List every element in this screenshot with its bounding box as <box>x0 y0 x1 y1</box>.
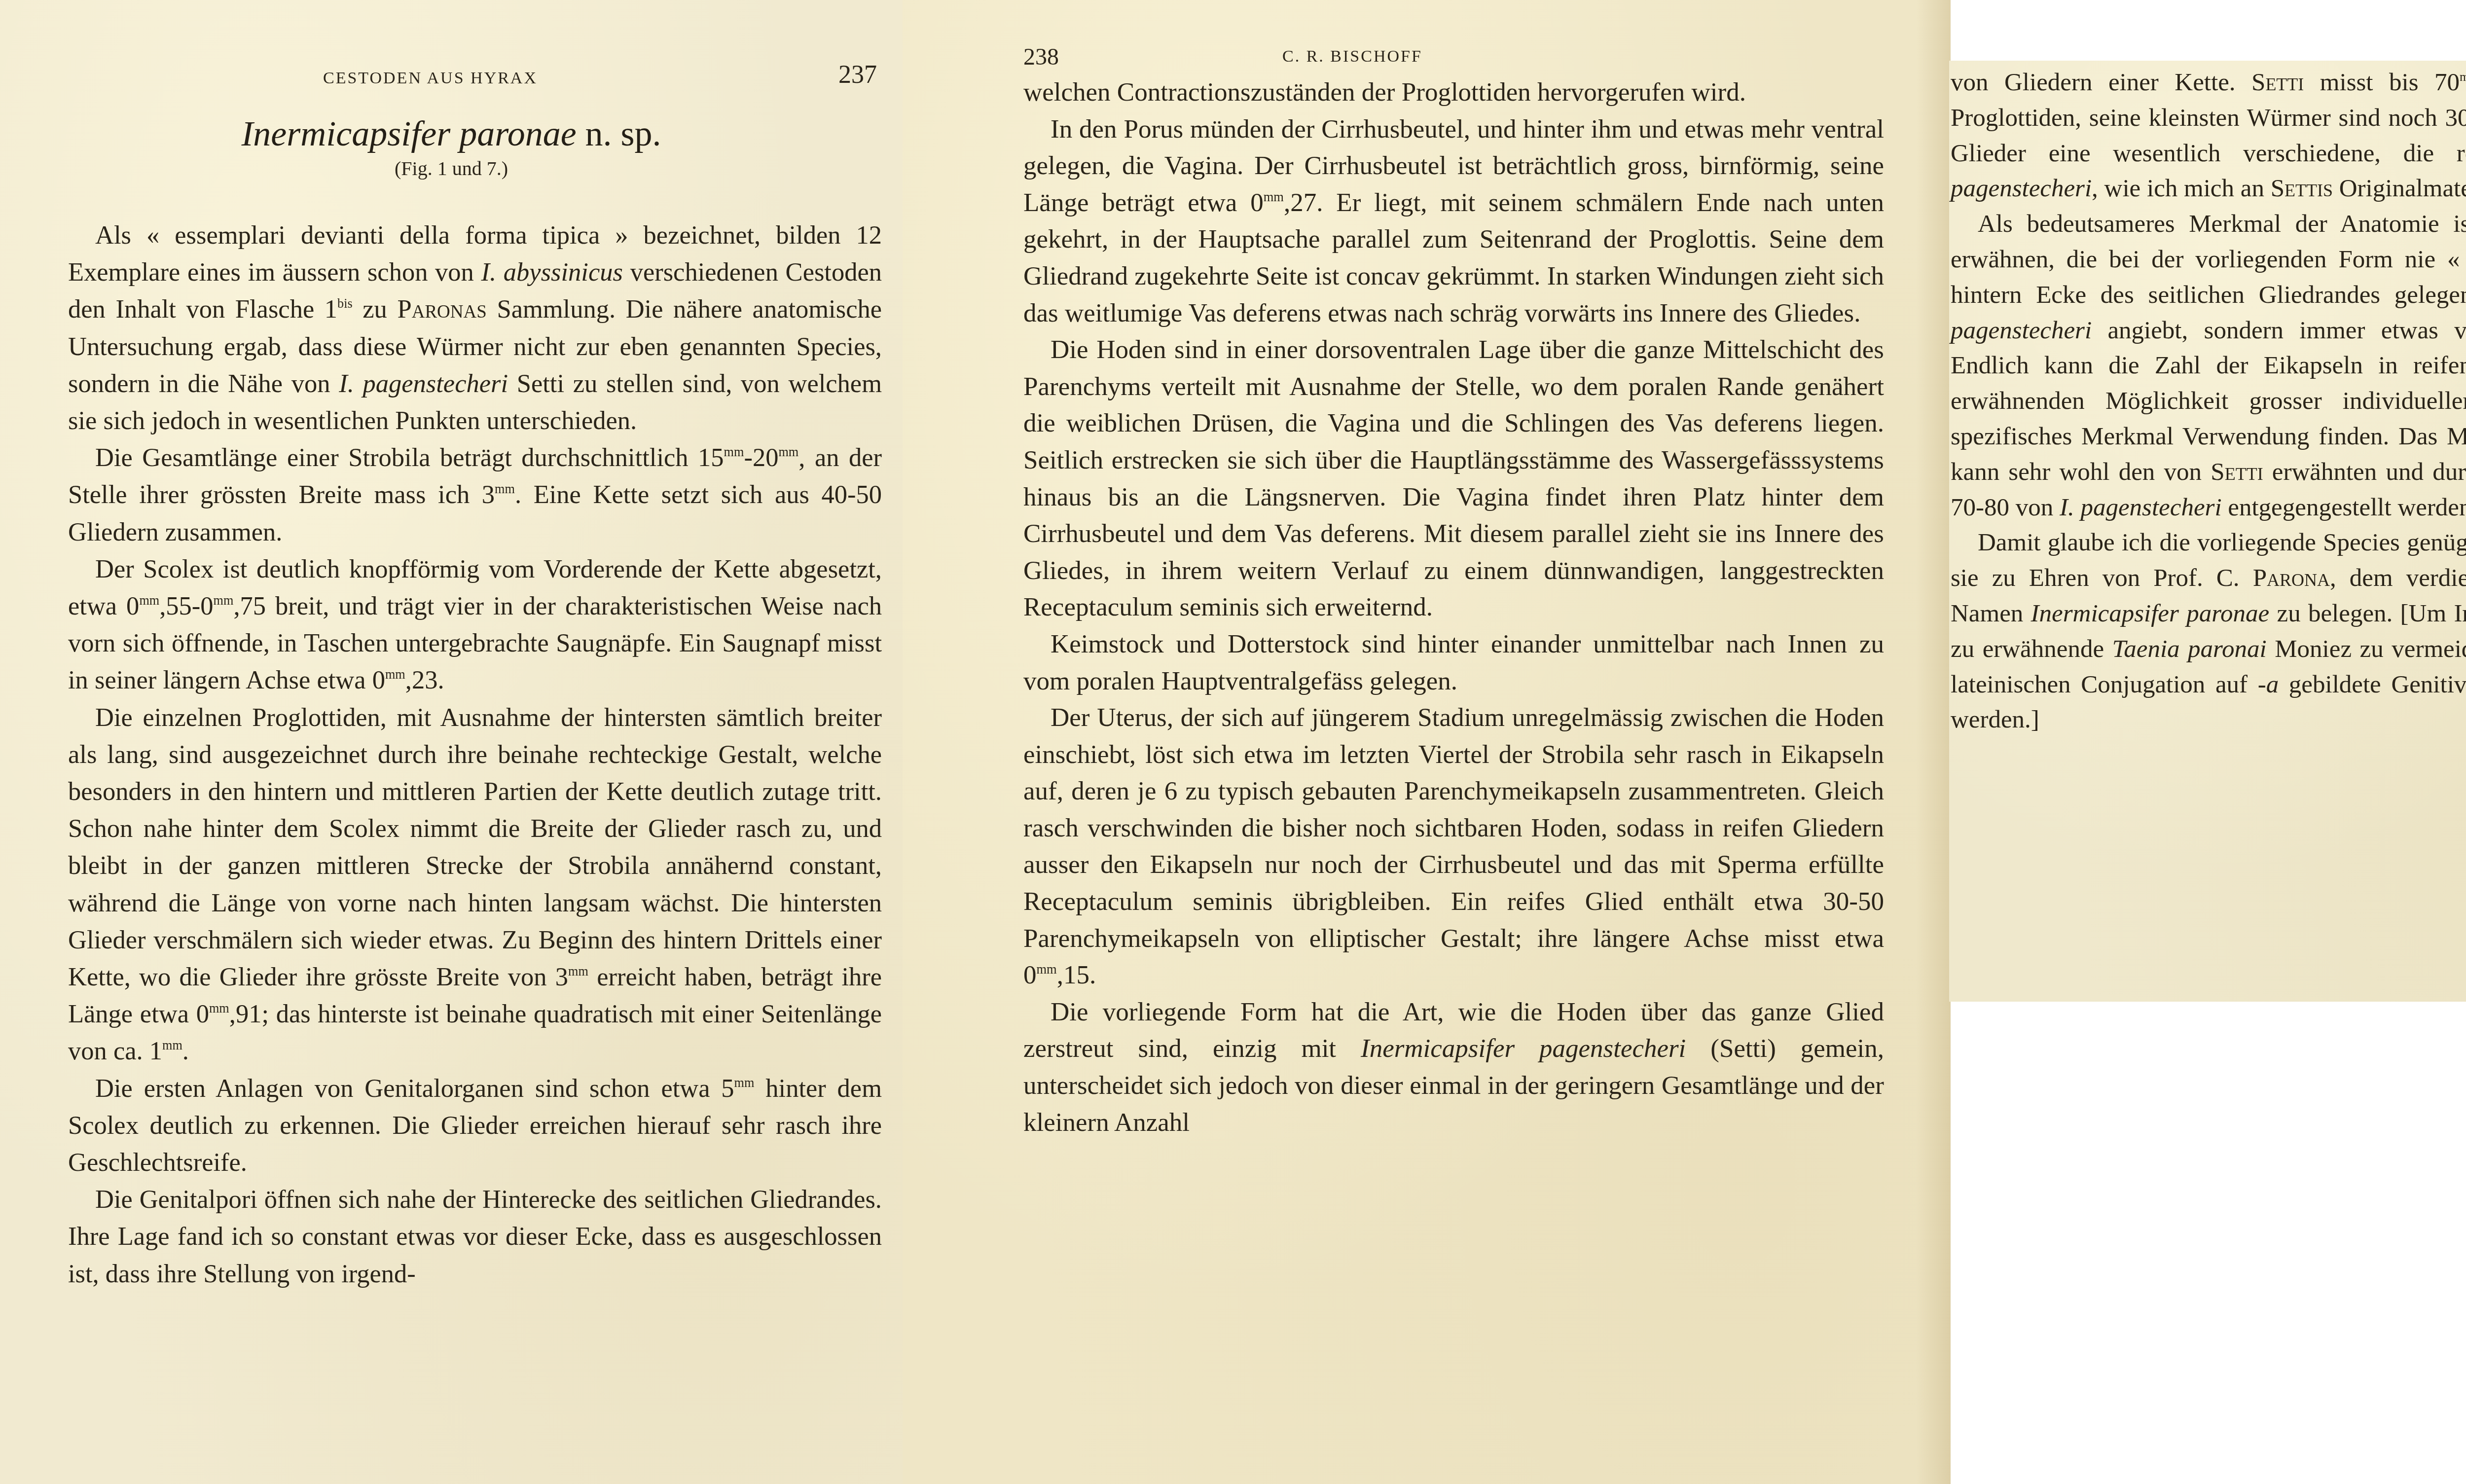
paragraph: In den Porus münden der Cirrhusbeutel, u… <box>1023 111 1884 332</box>
text-run: . <box>182 1037 189 1065</box>
paragraph: Die Genitalpori öffnen sich nahe der Hin… <box>68 1181 882 1293</box>
italic-term: I. pagenstecheri <box>339 369 508 398</box>
species-suffix: n. sp. <box>577 114 661 153</box>
text-run: Der Uterus, der sich auf jüngerem Stadiu… <box>1023 703 1884 989</box>
paragraph: Damit glaube ich die vorliegende Species… <box>1951 525 2466 738</box>
italic-term: -a <box>2258 671 2279 698</box>
page-number: 237 <box>838 60 877 89</box>
paragraph: Der Scolex ist deutlich knopfförmig vom … <box>68 551 882 699</box>
text-run: ,15. <box>1057 961 1096 989</box>
text-run: ,55-0 <box>159 592 213 620</box>
running-header: CESTODEN AUS HYRAX <box>323 69 538 88</box>
text-run: Als bedeutsameres Merkmal der Anatomie i… <box>1951 210 2466 309</box>
unit-superscript: mm <box>1037 962 1057 977</box>
text-run: Die Gesamtlänge einer Strobila beträgt d… <box>95 443 724 472</box>
body-text-237: Als « essemplari devianti della forma ti… <box>68 217 882 1293</box>
text-run: zu <box>353 295 398 324</box>
paragraph: von Gliedern einer Kette. Setti misst bi… <box>1951 65 2466 207</box>
body-text-238: welchen Contractionszuständen der Proglo… <box>1023 74 1884 1141</box>
unit-superscript: mm <box>2460 70 2466 84</box>
unit-superscript: mm <box>385 668 405 682</box>
unit-superscript: mm <box>1264 189 1284 204</box>
text-run: welchen Contractionszuständen der Proglo… <box>1023 78 1746 107</box>
paragraph: Keimstock und Dotterstock sind hinter ei… <box>1023 626 1884 699</box>
text-run: Originalmaterial überzeugen konnte, nie … <box>2333 175 2466 202</box>
paragraph: Die vorliegende Form hat die Art, wie di… <box>1023 994 1884 1141</box>
page-number: 238 <box>1023 43 1059 71</box>
paragraph: Die einzelnen Proglottiden, mit Ausnahme… <box>68 699 882 1070</box>
italic-term: I. abyssinicus <box>481 258 623 287</box>
text-run: Die Genitalpori öffnen sich nahe der Hin… <box>68 1185 882 1288</box>
paragraph: Die Gesamtlänge einer Strobila beträgt d… <box>68 439 882 551</box>
unit-superscript: mm <box>495 482 515 497</box>
author-name: Paronas <box>397 295 486 324</box>
text-run: von Gliedern einer Kette. <box>1951 69 2251 96</box>
text-run: entgegengestellt werden. <box>2222 494 2466 521</box>
figure-reference: (Fig. 1 und 7.) <box>0 157 903 180</box>
italic-term: I. pagenstecheri <box>2060 494 2222 521</box>
unit-superscript: mm <box>568 964 588 978</box>
italic-term: Taenia paronai <box>2112 635 2267 663</box>
section-title: Inermicapsifer paronae n. sp. <box>0 113 903 154</box>
paragraph: Der Uterus, der sich auf jüngerem Stadiu… <box>1023 699 1884 994</box>
paragraph: Die ersten Anlagen von Genitalorganen si… <box>68 1070 882 1182</box>
unit-superscript: mm <box>724 445 744 460</box>
paragraph: welchen Contractionszuständen der Proglo… <box>1023 74 1884 111</box>
author-name: Parona <box>2253 564 2330 592</box>
italic-term: Inermicapsifer paronae <box>2031 600 2270 627</box>
text-run: misst bis 70 <box>2304 69 2460 96</box>
unit-superscript: mm <box>214 593 234 608</box>
author-name: Setti <box>2251 69 2304 96</box>
paragraph: Die Hoden sind in einer dorsoventralen L… <box>1023 331 1884 626</box>
text-run: Keimstock und Dotterstock sind hinter ei… <box>1023 630 1884 695</box>
text-run: Die ersten Anlagen von Genitalorganen si… <box>95 1074 734 1103</box>
unit-superscript: mm <box>778 445 798 460</box>
unit-superscript: mm <box>734 1076 755 1090</box>
unit-superscript: bis <box>337 297 353 311</box>
italic-term: Inermicapsifer pagenstecheri <box>1361 1034 1686 1063</box>
unit-superscript: mm <box>162 1039 182 1053</box>
body-text-continuation: von Gliedern einer Kette. Setti misst bi… <box>1951 65 2466 738</box>
author-name: Setti <box>2211 458 2263 486</box>
paragraph: Als « essemplari devianti della forma ti… <box>68 217 882 439</box>
author-name: Settis <box>2271 175 2333 202</box>
text-run: ,23. <box>405 666 444 694</box>
running-header: C. R. BISCHOFF <box>1282 47 1422 66</box>
text-run: Die einzelnen Proglottiden, mit Ausnahme… <box>68 703 882 991</box>
paragraph: Als bedeutsameres Merkmal der Anatomie i… <box>1951 207 2466 525</box>
text-run: , wie ich mich an <box>2092 175 2271 202</box>
unit-superscript: mm <box>139 593 159 608</box>
text-run: Die Hoden sind in einer dorsoventralen L… <box>1023 335 1884 621</box>
unit-superscript: mm <box>209 1002 229 1016</box>
species-name: Inermicapsifer paronae <box>241 114 576 153</box>
text-run: -20 <box>744 443 778 472</box>
